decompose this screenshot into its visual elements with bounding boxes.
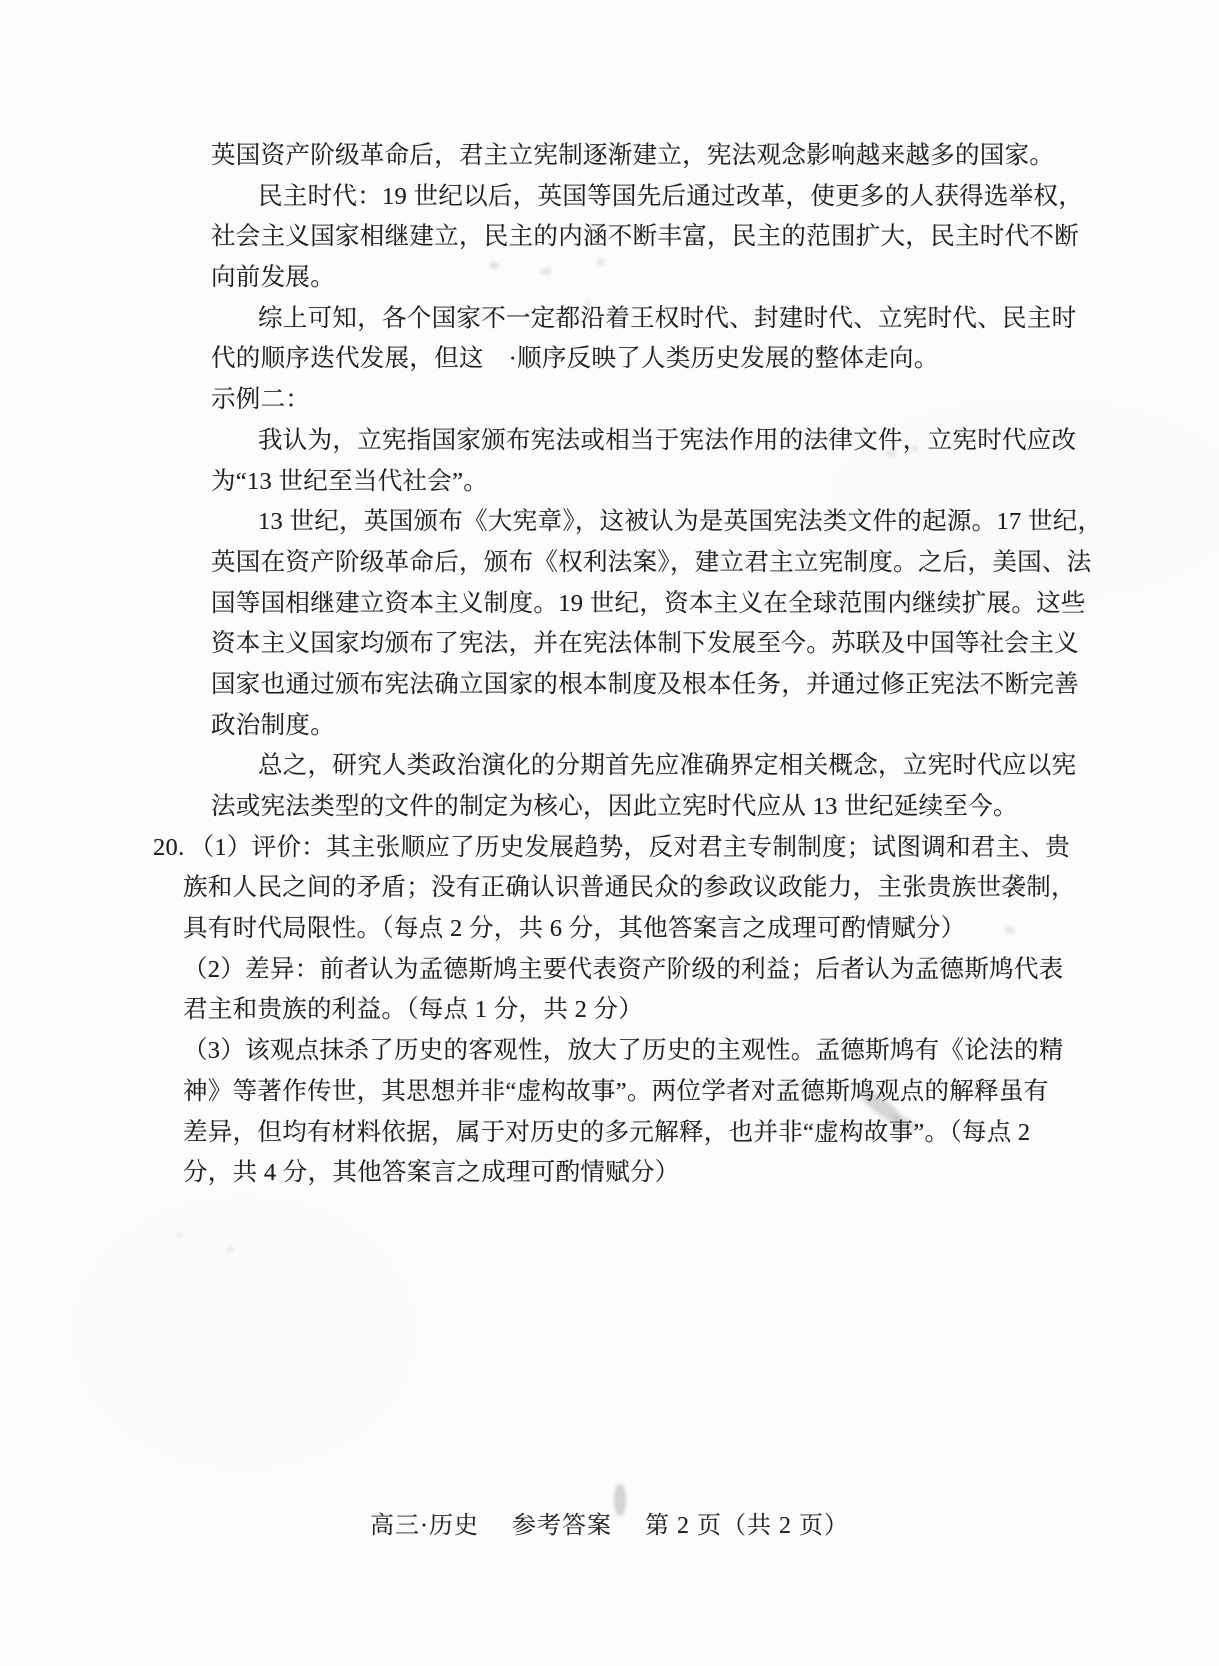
text-line-content: 政治制度。 [211,712,335,739]
text-line-content: 社会主义国家相继建立，民主的内涵不断丰富，民主的范围扩大，民主时代不断 [211,223,1079,250]
text-line: 13 世纪，英国颁布《大宪章》，这被认为是英国宪法类文件的起源。17 世纪， [0,502,1219,543]
text-line-content: 法或宪法类型的文件的制定为核心，因此立宪时代应从 13 世纪延续至今。 [211,793,1018,820]
text-line: 差异，但均有材料依据，属于对历史的多元解释，也并非“虚构故事”。（每点 2 [0,1113,1219,1154]
text-line: 向前发展。 [0,258,1219,299]
text-line-content: 国等国相继建立资本主义制度。19 世纪，资本主义在全球范围内继续扩展。这些 [211,590,1086,617]
text-line: 综上可知，各个国家不一定都沿着王权时代、封建时代、立宪时代、民主时 [0,299,1219,340]
text-line-content: 分，共 4 分，其他答案言之成理可酌情赋分） [183,1159,680,1186]
text-line-content: 向前发展。 [211,264,335,291]
text-line-content: 综上可知，各个国家不一定都沿着王权时代、封建时代、立宪时代、民主时 [258,305,1076,332]
text-line-content: 13 世纪，英国颁布《大宪章》，这被认为是英国宪法类文件的起源。17 世纪， [258,508,1102,535]
text-line-content: （1）评价：其主张顺应了历史发展趋势，反对君主专制制度；试图调和君主、贵 [190,834,1071,861]
text-line-content: 我认为，立宪指国家颁布宪法或相当于宪法作用的法律文件，立宪时代应改 [258,427,1076,454]
text-line-content: 国家也通过颁布宪法确立国家的根本制度及根本任务，并通过修正宪法不断完善 [211,671,1079,698]
text-line: 社会主义国家相继建立，民主的内涵不断丰富，民主的范围扩大，民主时代不断 [0,217,1219,258]
text-line-content: 差异，但均有材料依据，属于对历史的多元解释，也并非“虚构故事”。（每点 2 [183,1119,1030,1146]
text-line: 神》等著作传世，其思想并非“虚构故事”。两位学者对孟德斯鸠观点的解释虽有 [0,1072,1219,1113]
text-line: （2）差异：前者认为孟德斯鸠主要代表资产阶级的利益；后者认为孟德斯鸠代表 [0,950,1219,991]
page-footer: 高三·历史 参考答案 第 2 页（共 2 页） [0,1505,1219,1540]
text-line-content: 族和人民之间的矛盾；没有正确认识普通民众的参政议政能力，主张贵族世袭制， [183,874,1076,901]
text-line: 为“13 世纪至当代社会”。 [0,462,1219,503]
footer-course: 高三·历史 [370,1513,479,1539]
scan-smudge [176,1232,182,1238]
text-line: 国等国相继建立资本主义制度。19 世纪，资本主义在全球范围内继续扩展。这些 [0,584,1219,625]
text-line: （3）该观点抹杀了历史的客观性，放大了历史的主观性。孟德斯鸠有《论法的精 [0,1031,1219,1072]
footer-doc-type: 参考答案 [512,1513,612,1539]
page: 英国资产阶级革命后，君主立宪制逐渐建立，宪法观念影响越来越多的国家。民主时代：1… [0,0,1219,1666]
text-line: 我认为，立宪指国家颁布宪法或相当于宪法作用的法律文件，立宪时代应改 [0,421,1219,462]
text-line: 示例二： [0,380,1219,421]
text-line-content: 为“13 世纪至当代社会”。 [211,468,488,495]
text-line: 分，共 4 分，其他答案言之成理可酌情赋分） [0,1153,1219,1194]
footer-page-number: 第 2 页（共 2 页） [645,1513,849,1539]
text-line: 法或宪法类型的文件的制定为核心，因此立宪时代应从 13 世纪延续至今。 [0,787,1219,828]
text-line-content: （2）差异：前者认为孟德斯鸠主要代表资产阶级的利益；后者认为孟德斯鸠代表 [183,956,1064,983]
text-line-content: 资本主义国家均颁布了宪法，并在宪法体制下发展至今。苏联及中国等社会主义 [211,630,1079,657]
item-number: 20. [153,834,185,861]
text-line-content: 示例二： [211,386,310,413]
text-line: 国家也通过颁布宪法确立国家的根本制度及根本任务，并通过修正宪法不断完善 [0,665,1219,706]
text-line: 代的顺序迭代发展，但这 ·顺序反映了人类历史发展的整体走向。 [0,339,1219,380]
text-line-content: 君主和贵族的利益。（每点 1 分，共 2 分） [183,996,643,1023]
text-line: 政治制度。 [0,706,1219,747]
text-line: 民主时代：19 世纪以后，英国等国先后通过改革，使更多的人获得选举权， [0,177,1219,218]
text-line: 族和人民之间的矛盾；没有正确认识普通民众的参政议政能力，主张贵族世袭制， [0,868,1219,909]
text-line: 具有时代局限性。（每点 2 分，共 6 分，其他答案言之成理可酌情赋分） [0,909,1219,950]
text-line: 总之，研究人类政治演化的分期首先应准确界定相关概念，立宪时代应以宪 [0,746,1219,787]
text-line-content: 总之，研究人类政治演化的分期首先应准确界定相关概念，立宪时代应以宪 [258,752,1076,779]
text-line: 资本主义国家均颁布了宪法，并在宪法体制下发展至今。苏联及中国等社会主义 [0,624,1219,665]
text-line-content: 民主时代：19 世纪以后，英国等国先后通过改革，使更多的人获得选举权， [258,183,1083,210]
text-line: 英国在资产阶级革命后，颁布《权利法案》，建立君主立宪制度。之后，美国、法 [0,543,1219,584]
text-block: 英国资产阶级革命后，君主立宪制逐渐建立，宪法观念影响越来越多的国家。民主时代：1… [0,136,1219,1194]
text-line: 君主和贵族的利益。（每点 1 分，共 2 分） [0,990,1219,1031]
text-line-content: 具有时代局限性。（每点 2 分，共 6 分，其他答案言之成理可酌情赋分） [183,915,966,942]
text-line: 英国资产阶级革命后，君主立宪制逐渐建立，宪法观念影响越来越多的国家。 [0,136,1219,177]
text-line-content: 神》等著作传世，其思想并非“虚构故事”。两位学者对孟德斯鸠观点的解释虽有 [183,1078,1049,1105]
scan-smudge [226,1246,234,1253]
text-line: 20.（1）评价：其主张顺应了历史发展趋势，反对君主专制制度；试图调和君主、贵 [0,828,1219,869]
text-line-content: 英国在资产阶级革命后，颁布《权利法案》，建立君主立宪制度。之后，美国、法 [211,549,1092,576]
text-line-content: （3）该观点抹杀了历史的客观性，放大了历史的主观性。孟德斯鸠有《论法的精 [183,1037,1064,1064]
text-line-content: 英国资产阶级革命后，君主立宪制逐渐建立，宪法观念影响越来越多的国家。 [211,142,1054,169]
text-line-content: 代的顺序迭代发展，但这 ·顺序反映了人类历史发展的整体走向。 [211,345,939,372]
